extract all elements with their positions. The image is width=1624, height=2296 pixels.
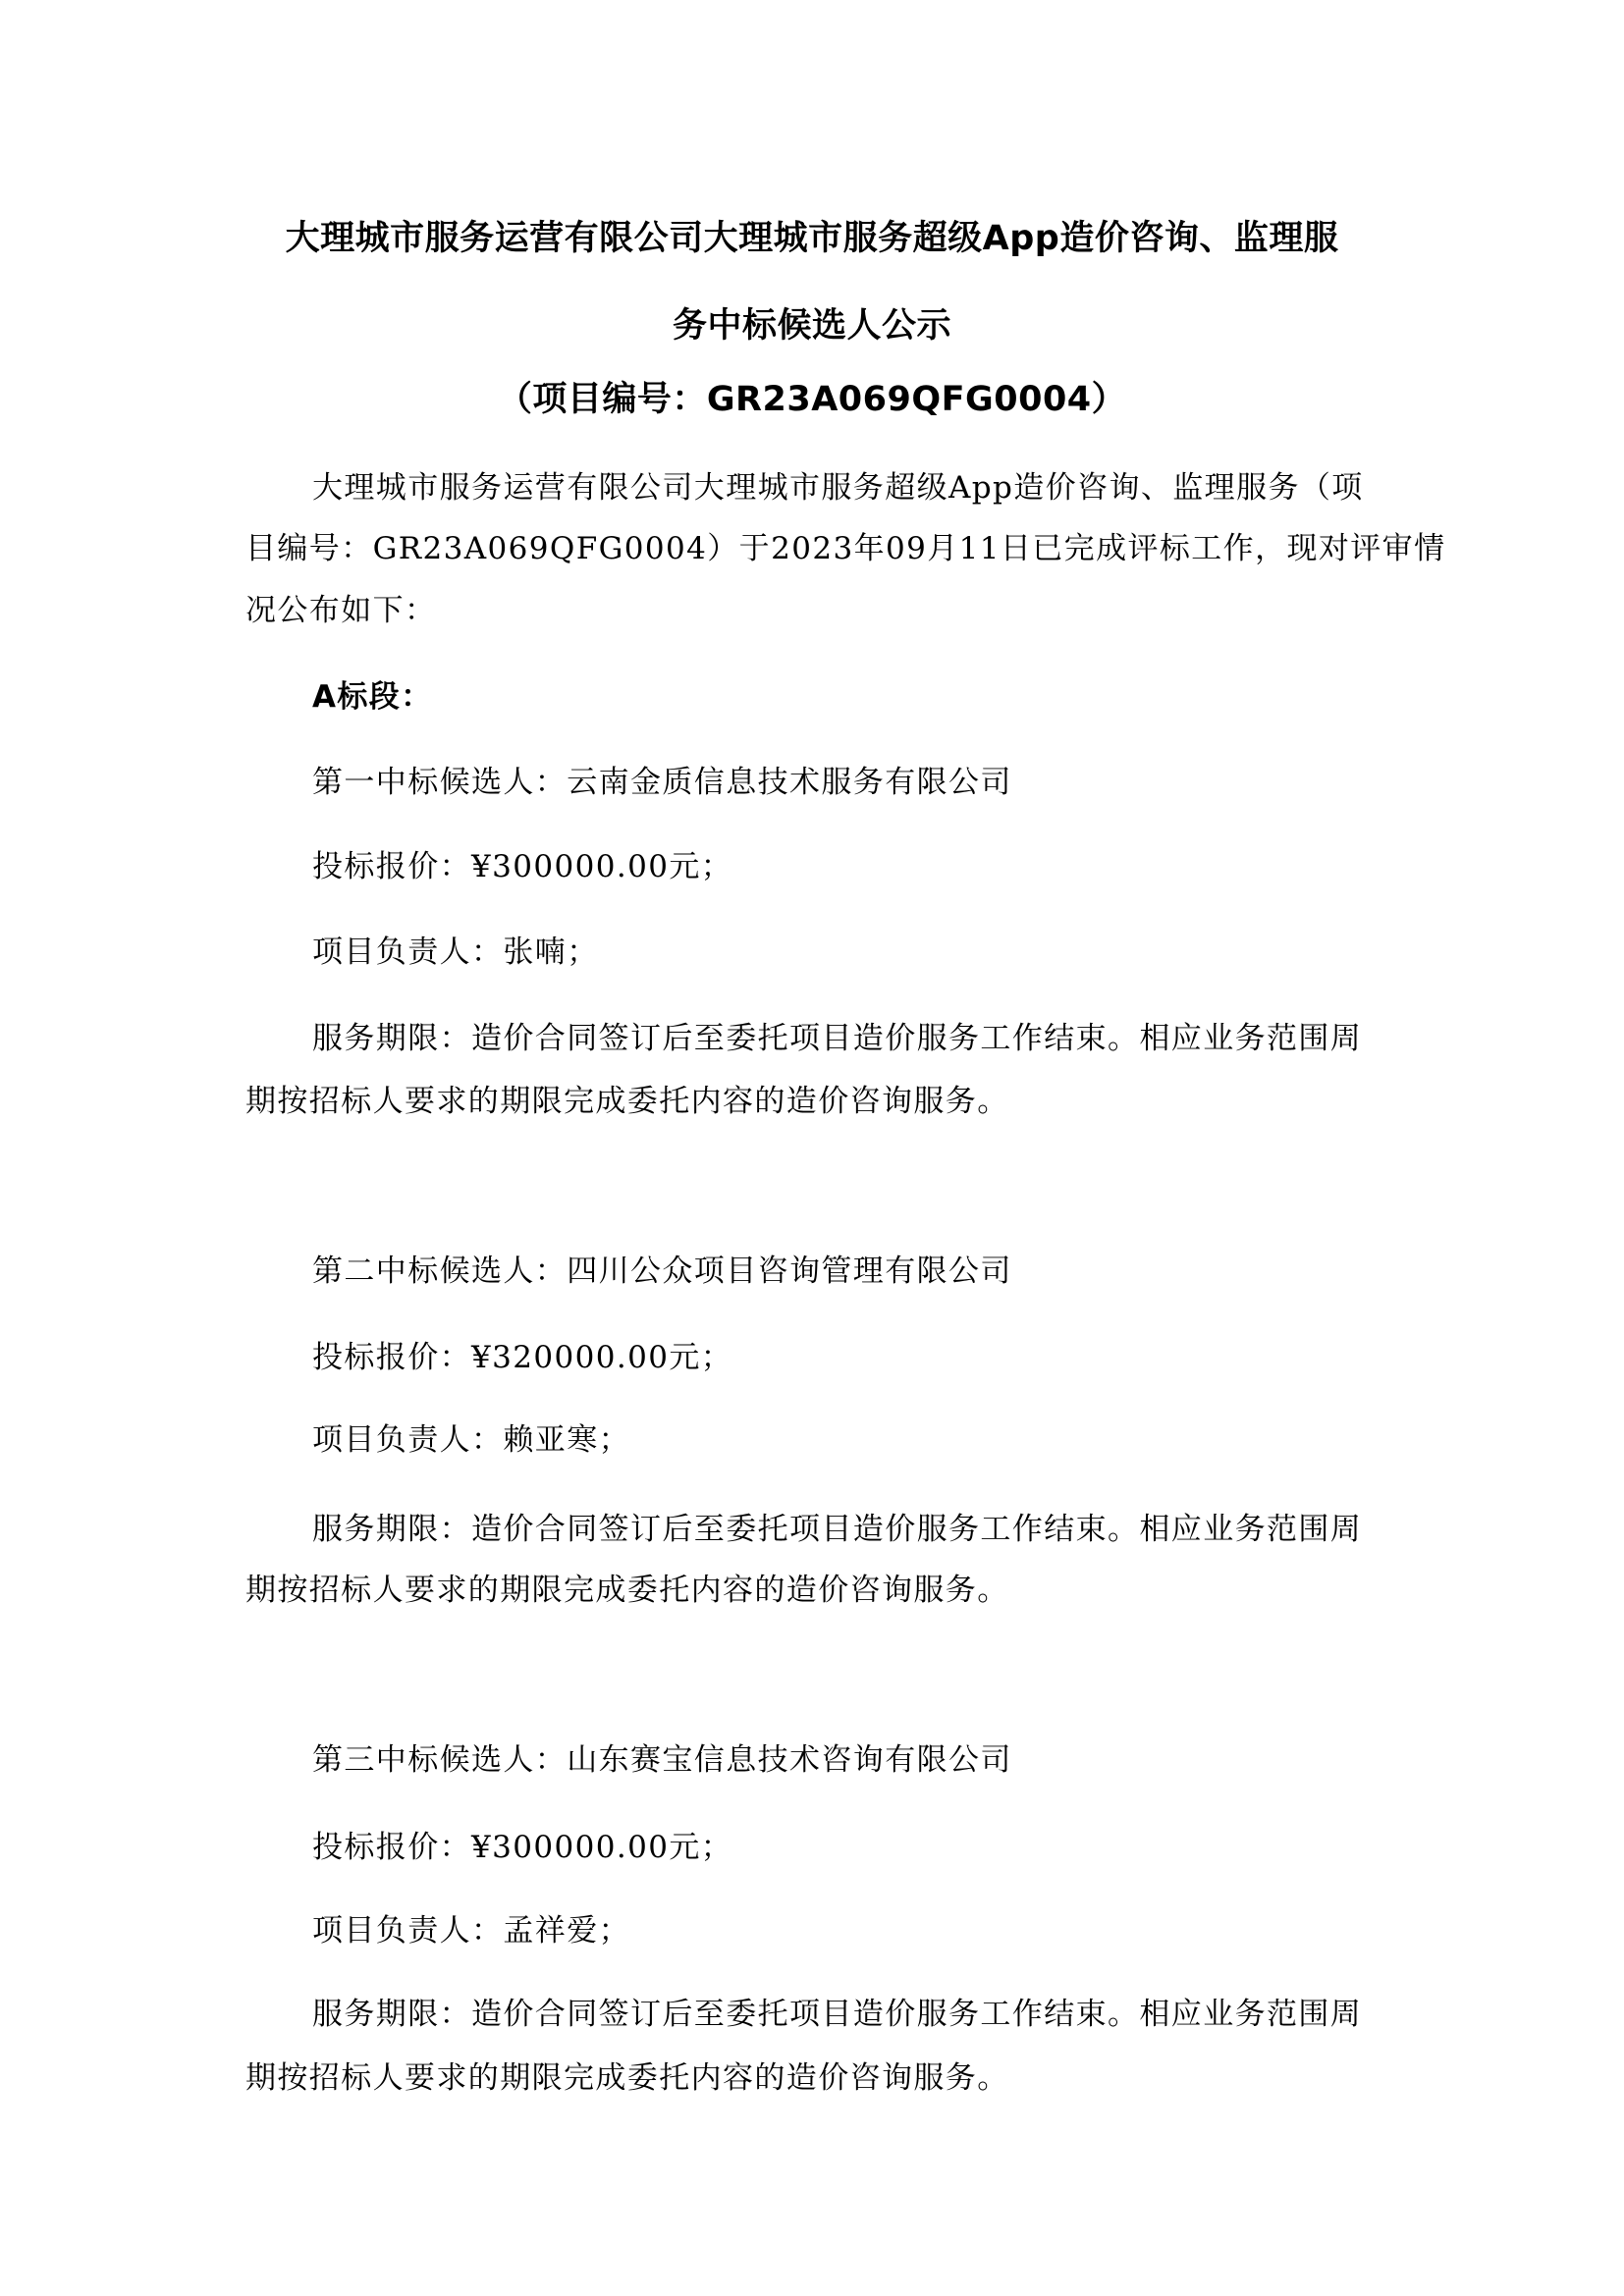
candidate-service-line-2: 期按招标人要求的期限完成委托内容的造价咨询服务。 <box>245 1080 1009 1123</box>
candidate-service-line-1: 服务期限：造价合同签订后至委托项目造价服务工作结束。相应业务范围周 <box>312 1508 1362 1551</box>
intro-line-1: 大理城市服务运营有限公司大理城市服务超级App造价咨询、监理服务（项 <box>312 466 1364 509</box>
document-title-line-2: 务中标候选人公示 <box>0 304 1624 347</box>
candidate-price: 投标报价：¥320000.00元； <box>312 1336 732 1379</box>
candidate-rank-label: 第三中标候选人：山东赛宝信息技术咨询有限公司 <box>312 1738 1012 1782</box>
project-number: （项目编号：GR23A069QFG0004） <box>0 378 1624 421</box>
candidate-rank-label: 第一中标候选人：云南金质信息技术服务有限公司 <box>312 761 1012 804</box>
section-label: A标段： <box>312 675 433 719</box>
candidate-service-line-1: 服务期限：造价合同签订后至委托项目造价服务工作结束。相应业务范围周 <box>312 1017 1362 1060</box>
candidate-manager: 项目负责人：孟祥爱； <box>312 1909 630 1952</box>
candidate-manager: 项目负责人：张喃； <box>312 931 599 974</box>
candidate-rank-label: 第二中标候选人：四川公众项目咨询管理有限公司 <box>312 1250 1012 1293</box>
candidate-service-line-2: 期按招标人要求的期限完成委托内容的造价咨询服务。 <box>245 1569 1009 1612</box>
candidate-service-line-2: 期按招标人要求的期限完成委托内容的造价咨询服务。 <box>245 2056 1009 2100</box>
candidate-service-line-1: 服务期限：造价合同签订后至委托项目造价服务工作结束。相应业务范围周 <box>312 1993 1362 2036</box>
intro-line-3: 况公布如下： <box>245 589 436 632</box>
intro-line-2: 目编号：GR23A069QFG0004）于2023年09月11日已完成评标工作，… <box>245 527 1445 570</box>
candidate-price: 投标报价：¥300000.00元； <box>312 845 732 888</box>
document-title-line-1: 大理城市服务运营有限公司大理城市服务超级App造价咨询、监理服 <box>0 217 1624 260</box>
candidate-manager: 项目负责人：赖亚寒； <box>312 1418 630 1462</box>
candidate-price: 投标报价：¥300000.00元； <box>312 1826 732 1869</box>
